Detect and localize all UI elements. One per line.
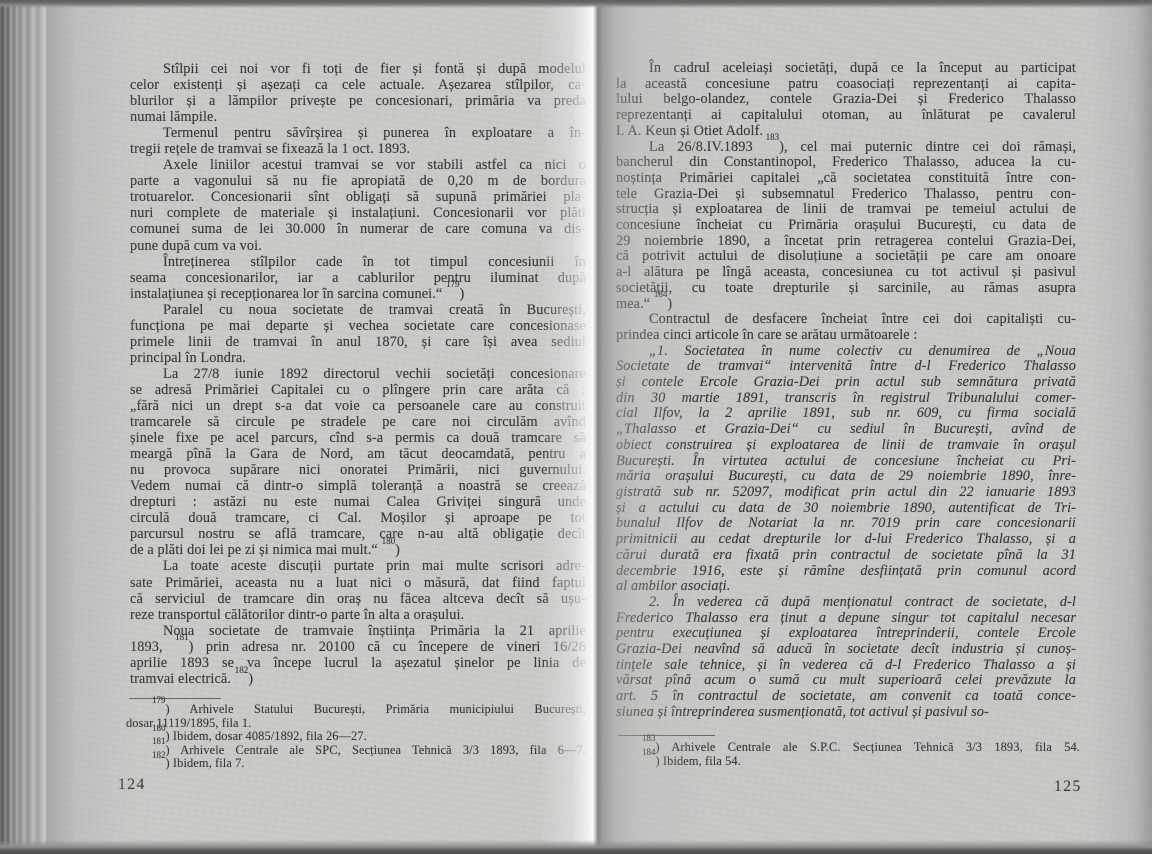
page-edge-stack [0,0,46,854]
text-line: bunalul Ilfov de Notariat la nr. 7019 pr… [616,516,1076,532]
footnote-line: 180) Ibidem, dosar 4085/1892, fila 26—27… [126,730,586,744]
footnote: 182) Ibidem, fila 7. [126,757,586,771]
text-line: nu provoca supărare nici onoratei Primăr… [130,462,586,478]
text-line: al ambilor asociați. [616,579,1076,595]
text-line: gistrată sub nr. 52097, modificat prin a… [616,485,1076,501]
text-line: mea.“ 184) [616,297,1076,313]
footnote-line: 181) Arhivele Centrale ale SPC, Secțiune… [126,744,586,758]
footnote-line: 183) Arhivele Centrale ale S.P.C. Secțiu… [616,741,1080,755]
text-line: numai lămpile. [130,109,586,125]
text-line: prindea cinci articole în care se arătau… [616,328,1076,344]
text-line: noștința Primăriei capitalei „că societa… [616,171,1076,187]
paragraph: Paralel cu noua societate de tramvai cre… [130,302,586,366]
paragraph: În cadrul aceleiași societăți, după ce l… [616,61,1076,140]
footnote: 179) Arhivele Statului București, Primăr… [126,703,586,730]
paragraph: Contractul de desfacere încheiat între c… [616,312,1076,343]
text-line: vărsat pînă acum o sumă cu mult superioa… [616,673,1076,689]
paragraph: Stîlpii cei noi vor fi toți de fier și f… [130,61,586,125]
footnote-line: 184) Ibidem, fila 54. [616,755,1080,769]
text-line: reprezentanți ai capitalului otoman, au … [616,108,1076,124]
left-page-curve-shadow [46,0,156,854]
text-column: Stîlpii cei noi vor fi toți de fier și f… [130,61,586,687]
text-line: comunei suma de lei 30.000 în numerar de… [130,221,586,237]
text-line: tramvai electrică. 182) [130,671,586,687]
text-line: și a actului cu data de 30 noiembrie 189… [616,501,1076,517]
text-line: lului belgo-olandez, contele Grazia-Dei … [616,92,1076,108]
text-line: drepturi : astăzi nu este numai Calea Gr… [130,494,586,510]
paragraph: La 27/8 iunie 1892 directorul vechii soc… [130,366,586,559]
text-line: celor existenți și așezați ca cele actua… [130,77,586,93]
text-line: parte a vagonului să nu fie apropiată de… [130,173,586,189]
footnote-ref: 180 [382,536,396,546]
text-line: Paralel cu noua societate de tramvai cre… [130,302,586,318]
text-line: Stîlpii cei noi vor fi toți de fier și f… [130,61,586,77]
text-line: măria orașului București, cu data de 29 … [616,469,1076,485]
text-line: art. 5 în contractul de societate, am co… [616,689,1076,705]
text-line: parcursul nostru se află tramcare, care … [130,526,586,542]
text-line: I. A. Keun și Otiet Adolf. [616,124,1076,140]
text-line: În cadrul aceleiași societăți, după ce l… [616,61,1076,77]
text-line: blurilor și a lămpilor privește pe conce… [130,93,586,109]
footnote-line: dosar 11119/1895, fila 1. [126,717,586,731]
paragraph: „1. Societatea în nume colectiv cu denum… [616,344,1076,595]
page-number: 125 [1054,778,1082,796]
text-line: nuri complete de materiale și instalațiu… [130,205,586,221]
text-line: Contractul de desfacere încheiat între c… [616,312,1076,328]
text-line: strucția și exploatarea de linii de tram… [616,202,1076,218]
text-line: seama concesionarilor, iar a cablurilor … [130,270,586,286]
footnote: 183) Arhivele Centrale ale S.P.C. Secțiu… [616,741,1080,755]
text-line: Societate de tramvai“ intervenită între … [616,359,1076,375]
text-line: la această concesiune patru coasociați r… [616,77,1076,93]
text-line: Termenul pentru săvîrșirea și punerea în… [130,125,586,141]
footnotes: 179) Arhivele Statului București, Primăr… [126,703,586,771]
text-line: Noua societate de tramvaie înștiința Pri… [130,623,586,639]
text-line: „fără nici un drept s-a dat voie ca pers… [130,398,586,414]
text-line: obiect construirea și exploatarea de lin… [616,438,1076,454]
text-line: cial Ilfov, la 2 aprilie 1891, sub nr. 6… [616,406,1076,422]
text-line: La 27/8 iunie 1892 directorul vechii soc… [130,366,586,382]
paragraph: Noua societate de tramvaie înștiința Pri… [130,623,586,687]
text-line: Vedem numai că dintr-o simplă toleranță … [130,478,586,494]
footnotes: 183) Arhivele Centrale ale S.P.C. Secțiu… [616,741,1080,768]
text-line: din 30 martie 1891, transcris în registr… [616,391,1076,407]
text-line: decembrie 1916, este și rămîne desființa… [616,564,1076,580]
footnote-separator [618,735,715,736]
footnote-ref: 184 [654,289,668,299]
text-line: societății, cu toate drepturile și sarci… [616,281,1076,297]
text-line: La 26/8.IV.1893 183), cel mai puternic d… [616,140,1076,156]
text-line: concesiune încheiat cu Primăria orașului… [616,218,1076,234]
text-line: 1893, 181) prin adresa nr. 20100 că cu î… [130,639,586,655]
text-line: Axele liniilor acestui tramvai se vor st… [130,157,586,173]
text-line: circulă două tramcare, ci Cal. Moșilor ș… [130,510,586,526]
text-line: primitnicii au cedat drepturile lor d-lu… [616,532,1076,548]
text-line: „1. Societatea în nume colectiv cu denum… [616,344,1076,360]
text-line: „Thalasso et Grazia-Dei“ cu sediul în Bu… [616,422,1076,438]
footnote-ref: 184 [642,747,656,757]
text-line: sate Primăriei, aceasta nu a luat nici o… [130,575,586,591]
text-line: a-l alătura pe lîngă aceasta, concesiune… [616,265,1076,281]
text-line: principal în Londra. [130,350,586,366]
text-line: cărui durată era fixată prin contractul … [616,548,1076,564]
text-line: Întreținerea stîlpilor cade în tot timpu… [130,254,586,270]
footnote: 180) Ibidem, dosar 4085/1892, fila 26—27… [126,730,586,744]
text-line: reze transportul călătorilor dintr-o par… [130,607,586,623]
text-line: că serviciul de tramcare din oraș nu făc… [130,591,586,607]
text-line: tregii rețele de tramvai se fixează la 1… [130,141,586,157]
text-line: instalațiunea și recepționarea lor în sa… [130,286,586,302]
paragraph: Întreținerea stîlpilor cade în tot timpu… [130,254,586,302]
right-edge-shadow [1092,0,1152,854]
text-line: pune după cum va voi. [130,238,586,254]
text-line: La toate aceste discuții purtate prin ma… [130,558,586,574]
text-line: funcționa pe mai departe și vechea socie… [130,318,586,334]
text-line: tramcarele să circule pe stradele pe car… [130,414,586,430]
text-line: Grazia-Dei neavînd să aducă în societate… [616,642,1076,658]
text-line: 2. În vederea că după menționatul contra… [616,595,1076,611]
footnote-ref: 182 [235,665,249,675]
footnote-line: 179) Arhivele Statului București, Primăr… [126,703,586,717]
footnote-ref: 183 [766,132,780,142]
paragraph: La 26/8.IV.1893 183), cel mai puternic d… [616,140,1076,313]
paragraph: La toate aceste discuții purtate prin ma… [130,558,586,622]
text-line: trotuarelor. Concesionarii sînt obligați… [130,189,586,205]
footnote: 184) Ibidem, fila 54. [616,755,1080,769]
footnote-ref: 183 [642,733,656,743]
text-line: pentru execuțiunea și exploatarea întrep… [616,626,1076,642]
text-line: primele linii de tramvai în anul 1870, ș… [130,334,586,350]
text-line: că potrivit actului de disoluțiune a soc… [616,249,1076,265]
book-scan: Stîlpii cei noi vor fi toți de fier și f… [0,0,1152,854]
paragraph: Termenul pentru săvîrșirea și punerea în… [130,125,586,157]
text-line: tințele sale tehnice, și în vederea că d… [616,658,1076,674]
text-line: se adresă Primăriei Capitalei cu o plîng… [130,382,586,398]
footnote-ref: 181 [175,632,189,642]
text-column: În cadrul aceleiași societăți, după ce l… [616,61,1076,721]
footnote-ref: 179 [446,279,460,289]
footnote-line: 182) Ibidem, fila 7. [126,757,586,771]
text-line: și contele Ercole Grazia-Dei prin actul … [616,375,1076,391]
top-edge [0,0,1152,8]
text-line: de a plăti doi lei pe zi și nimica mai m… [130,542,586,558]
text-line: Frederico Thalasso era ținut a depune si… [616,611,1076,627]
bottom-edge [0,840,1152,854]
paragraph: Axele liniilor acestui tramvai se vor st… [130,157,586,253]
text-line: bancherul din Constantinopol, Frederico … [616,155,1076,171]
text-line: aprilie 1893 se va începe lucrul la așez… [130,655,586,671]
text-line: București. În virtutea actului de conces… [616,454,1076,470]
text-line: tele Grazia-Dei și subsemnatul Frederico… [616,187,1076,203]
text-line: șinele fixe pe acel parcurs, cînd s-a pe… [130,430,586,446]
text-line: siunea și întreprinderea susmenționată, … [616,705,1076,721]
text-line: 29 noiembrie 1890, a încetat prin retrag… [616,234,1076,250]
text-line: meargă pînă la Gara de Nord, am tăcut de… [130,446,586,462]
footnote: 181) Arhivele Centrale ale SPC, Secțiune… [126,744,586,758]
paragraph: 2. În vederea că după menționatul contra… [616,595,1076,721]
